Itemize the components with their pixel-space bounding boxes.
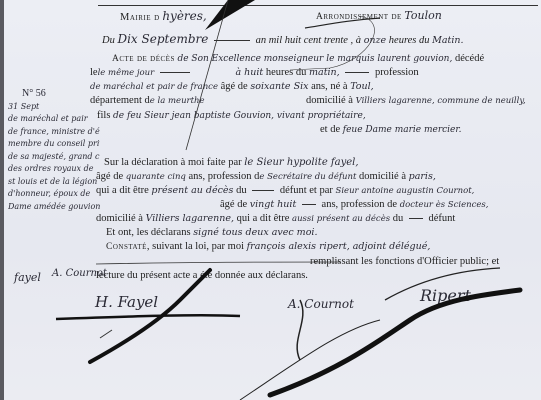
document-page: Mairie d hyères, Arrondissement de Toulo… (0, 0, 541, 400)
pen-strokes (0, 0, 541, 400)
